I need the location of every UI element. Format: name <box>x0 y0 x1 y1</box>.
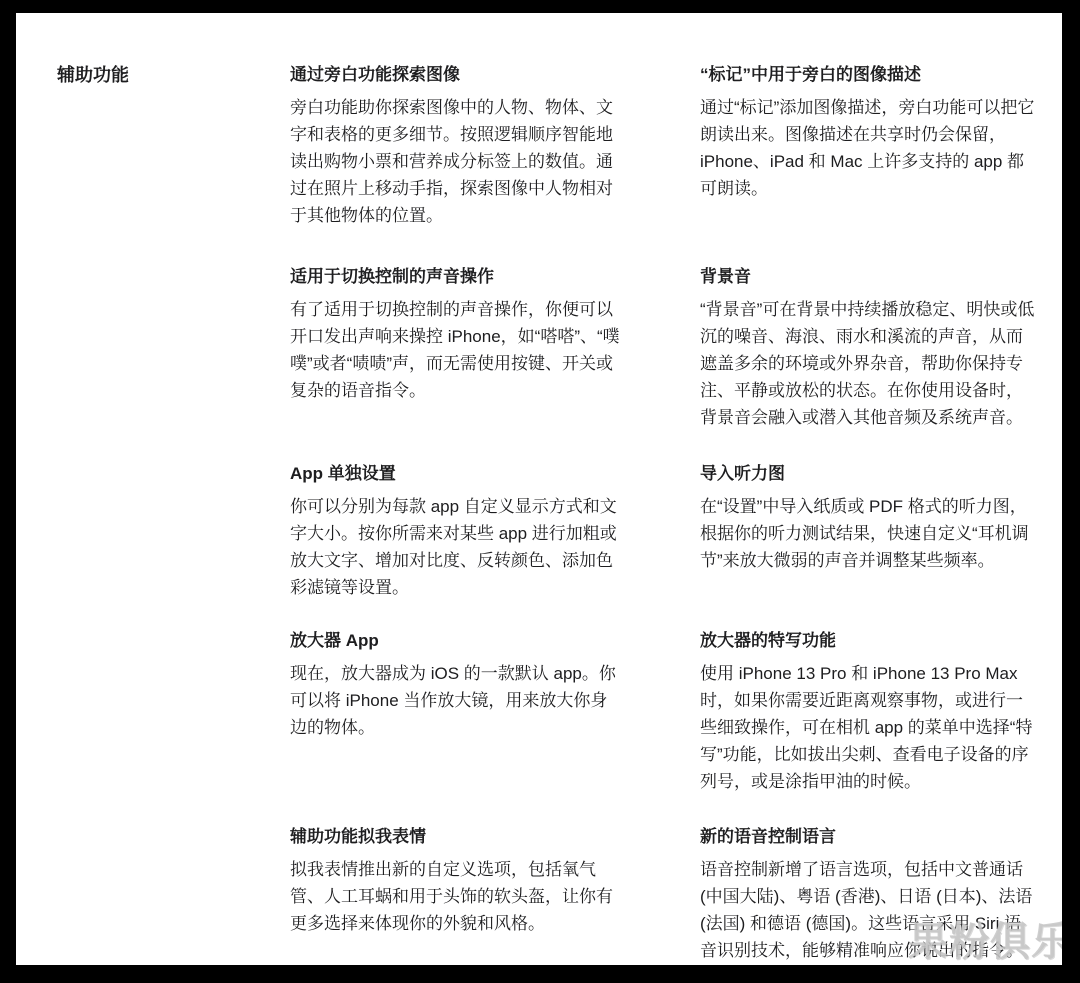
section-title: 通过旁白功能探索图像 <box>290 63 620 87</box>
section-explore-images-voiceover: 通过旁白功能探索图像 旁白功能助你探索图像中的人物、物体、文字和表格的更多细节。… <box>290 63 700 265</box>
section-title: 背景音 <box>700 265 1036 289</box>
section-title: App 单独设置 <box>290 462 620 486</box>
section-title: 放大器 App <box>290 629 620 653</box>
section-markup-image-descriptions: “标记”中用于旁白的图像描述 通过“标记”添加图像描述，旁白功能可以把它朗读出来… <box>700 63 1062 265</box>
section-per-app-settings: App 单独设置 你可以分别为每款 app 自定义显示方式和文字大小。按你所需来… <box>290 462 700 629</box>
section-body: 旁白功能助你探索图像中的人物、物体、文字和表格的更多细节。按照逻辑顺序智能地读出… <box>290 94 620 229</box>
section-body: 现在，放大器成为 iOS 的一款默认 app。你可以将 iPhone 当作放大镜… <box>290 660 620 741</box>
section-body: 有了适用于切换控制的声音操作，你便可以开口发出声响来操控 iPhone，如“嗒嗒… <box>290 296 620 404</box>
section-title: 辅助功能拟我表情 <box>290 825 620 849</box>
content-area: 辅助功能 通过旁白功能探索图像 旁白功能助你探索图像中的人物、物体、文字和表格的… <box>16 13 1062 965</box>
section-body: 在“设置”中导入纸质或 PDF 格式的听力图，根据你的听力测试结果，快速自定义“… <box>700 493 1036 574</box>
section-accessibility-memoji: 辅助功能拟我表情 拟我表情推出新的自定义选项，包括氧气管、人工耳蜗和用于头饰的软… <box>290 825 700 964</box>
feature-grid: 辅助功能 通过旁白功能探索图像 旁白功能助你探索图像中的人物、物体、文字和表格的… <box>16 13 1062 964</box>
section-magnifier-close-up: 放大器的特写功能 使用 iPhone 13 Pro 和 iPhone 13 Pr… <box>700 629 1062 825</box>
section-title: “标记”中用于旁白的图像描述 <box>700 63 1036 87</box>
section-sound-actions-switch-control: 适用于切换控制的声音操作 有了适用于切换控制的声音操作，你便可以开口发出声响来操… <box>290 265 700 462</box>
section-body: 你可以分别为每款 app 自定义显示方式和文字大小。按你所需来对某些 app 进… <box>290 493 620 601</box>
section-import-audiograms: 导入听力图 在“设置”中导入纸质或 PDF 格式的听力图，根据你的听力测试结果，… <box>700 462 1062 629</box>
section-body: 语音控制新增了语言选项，包括中文普通话 (中国大陆)、粤语 (香港)、日语 (日… <box>700 856 1036 964</box>
section-title: 新的语音控制语言 <box>700 825 1036 849</box>
section-title: 导入听力图 <box>700 462 1036 486</box>
section-body: 使用 iPhone 13 Pro 和 iPhone 13 Pro Max 时，如… <box>700 660 1036 795</box>
sidebar-label-accessibility: 辅助功能 <box>57 63 290 265</box>
section-title: 放大器的特写功能 <box>700 629 1036 653</box>
section-body: 通过“标记”添加图像描述，旁白功能可以把它朗读出来。图像描述在共享时仍会保留，i… <box>700 94 1036 202</box>
section-title: 适用于切换控制的声音操作 <box>290 265 620 289</box>
page: { "page": { "background": "#ffffff", "fr… <box>0 0 1080 983</box>
section-magnifier-app: 放大器 App 现在，放大器成为 iOS 的一款默认 app。你可以将 iPho… <box>290 629 700 825</box>
section-body: “背景音”可在背景中持续播放稳定、明快或低沉的噪音、海浪、雨水和溪流的声音，从而… <box>700 296 1036 431</box>
section-background-sounds: 背景音 “背景音”可在背景中持续播放稳定、明快或低沉的噪音、海浪、雨水和溪流的声… <box>700 265 1062 462</box>
section-voice-control-languages: 新的语音控制语言 语音控制新增了语言选项，包括中文普通话 (中国大陆)、粤语 (… <box>700 825 1062 964</box>
section-body: 拟我表情推出新的自定义选项，包括氧气管、人工耳蜗和用于头饰的软头盔，让你有更多选… <box>290 856 620 937</box>
